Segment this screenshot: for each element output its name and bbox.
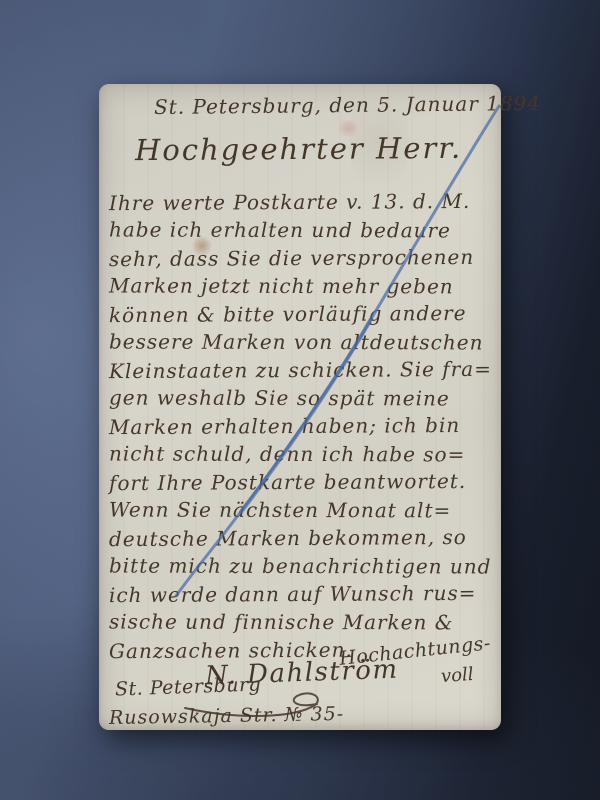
postcard: St. Petersburg, den 5. Januar 1894 Hochg… [99,84,501,730]
letter-body: Ihre werte Postkarte v. 13. d. M. habe i… [109,188,492,664]
body-line: Marken jetzt nicht mehr geben [109,271,492,300]
sender-city: St. Petersburg [115,673,262,700]
body-line: Wenn Sie nächsten Monat alt= [109,495,492,524]
dateline: St. Petersburg, den 5. Januar 1894 [154,91,541,119]
sender-address: Rusowskaja Str. № 35- [109,703,345,729]
body-line: gen weshalb Sie so spät meine [109,383,492,412]
body-line: sische und finnische Marken & [109,607,492,636]
body-line: Ihre werte Postkarte v. 13. d. M. [109,187,492,217]
body-line: nicht schuld, denn ich habe so= [109,439,492,468]
body-line: bessere Marken von altdeutschen [109,327,492,356]
body-line: habe ich erhalten und bedaure [109,215,492,244]
body-line: fort Ihre Postkarte beantwortet. [109,467,492,497]
body-line: sehr, dass Sie die versprochenen [109,243,492,273]
body-line: können & bitte vorläufig andere [109,299,492,329]
closing-word-part2: voll [440,664,474,687]
body-line: bitte mich zu benachrichtigen und [109,551,492,580]
body-line: Kleinstaaten zu schicken. Sie fra= [109,355,492,385]
salutation: Hochgeehrter Herr. [135,131,462,167]
body-line: ich werde dann auf Wunsch rus= [109,579,492,609]
body-line: Marken erhalten haben; ich bin [109,411,492,441]
body-line: deutsche Marken bekommen, so [109,523,492,553]
